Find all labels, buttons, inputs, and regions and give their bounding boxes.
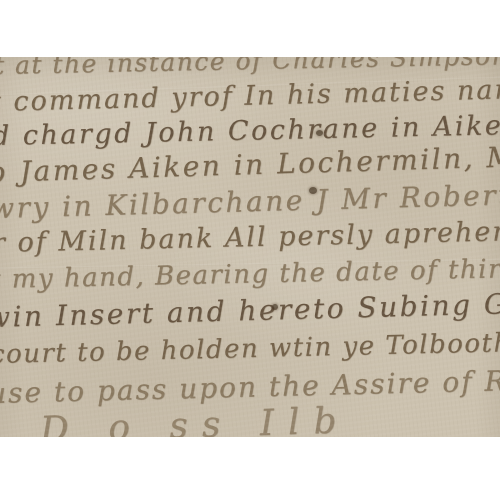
page-background: t at the instance of Charles Simpson wri… [0, 0, 500, 500]
manuscript-line: court to be holden wtin ye Tolbooth of P [0, 327, 500, 370]
manuscript-photo: t at the instance of Charles Simpson wri… [0, 57, 500, 437]
